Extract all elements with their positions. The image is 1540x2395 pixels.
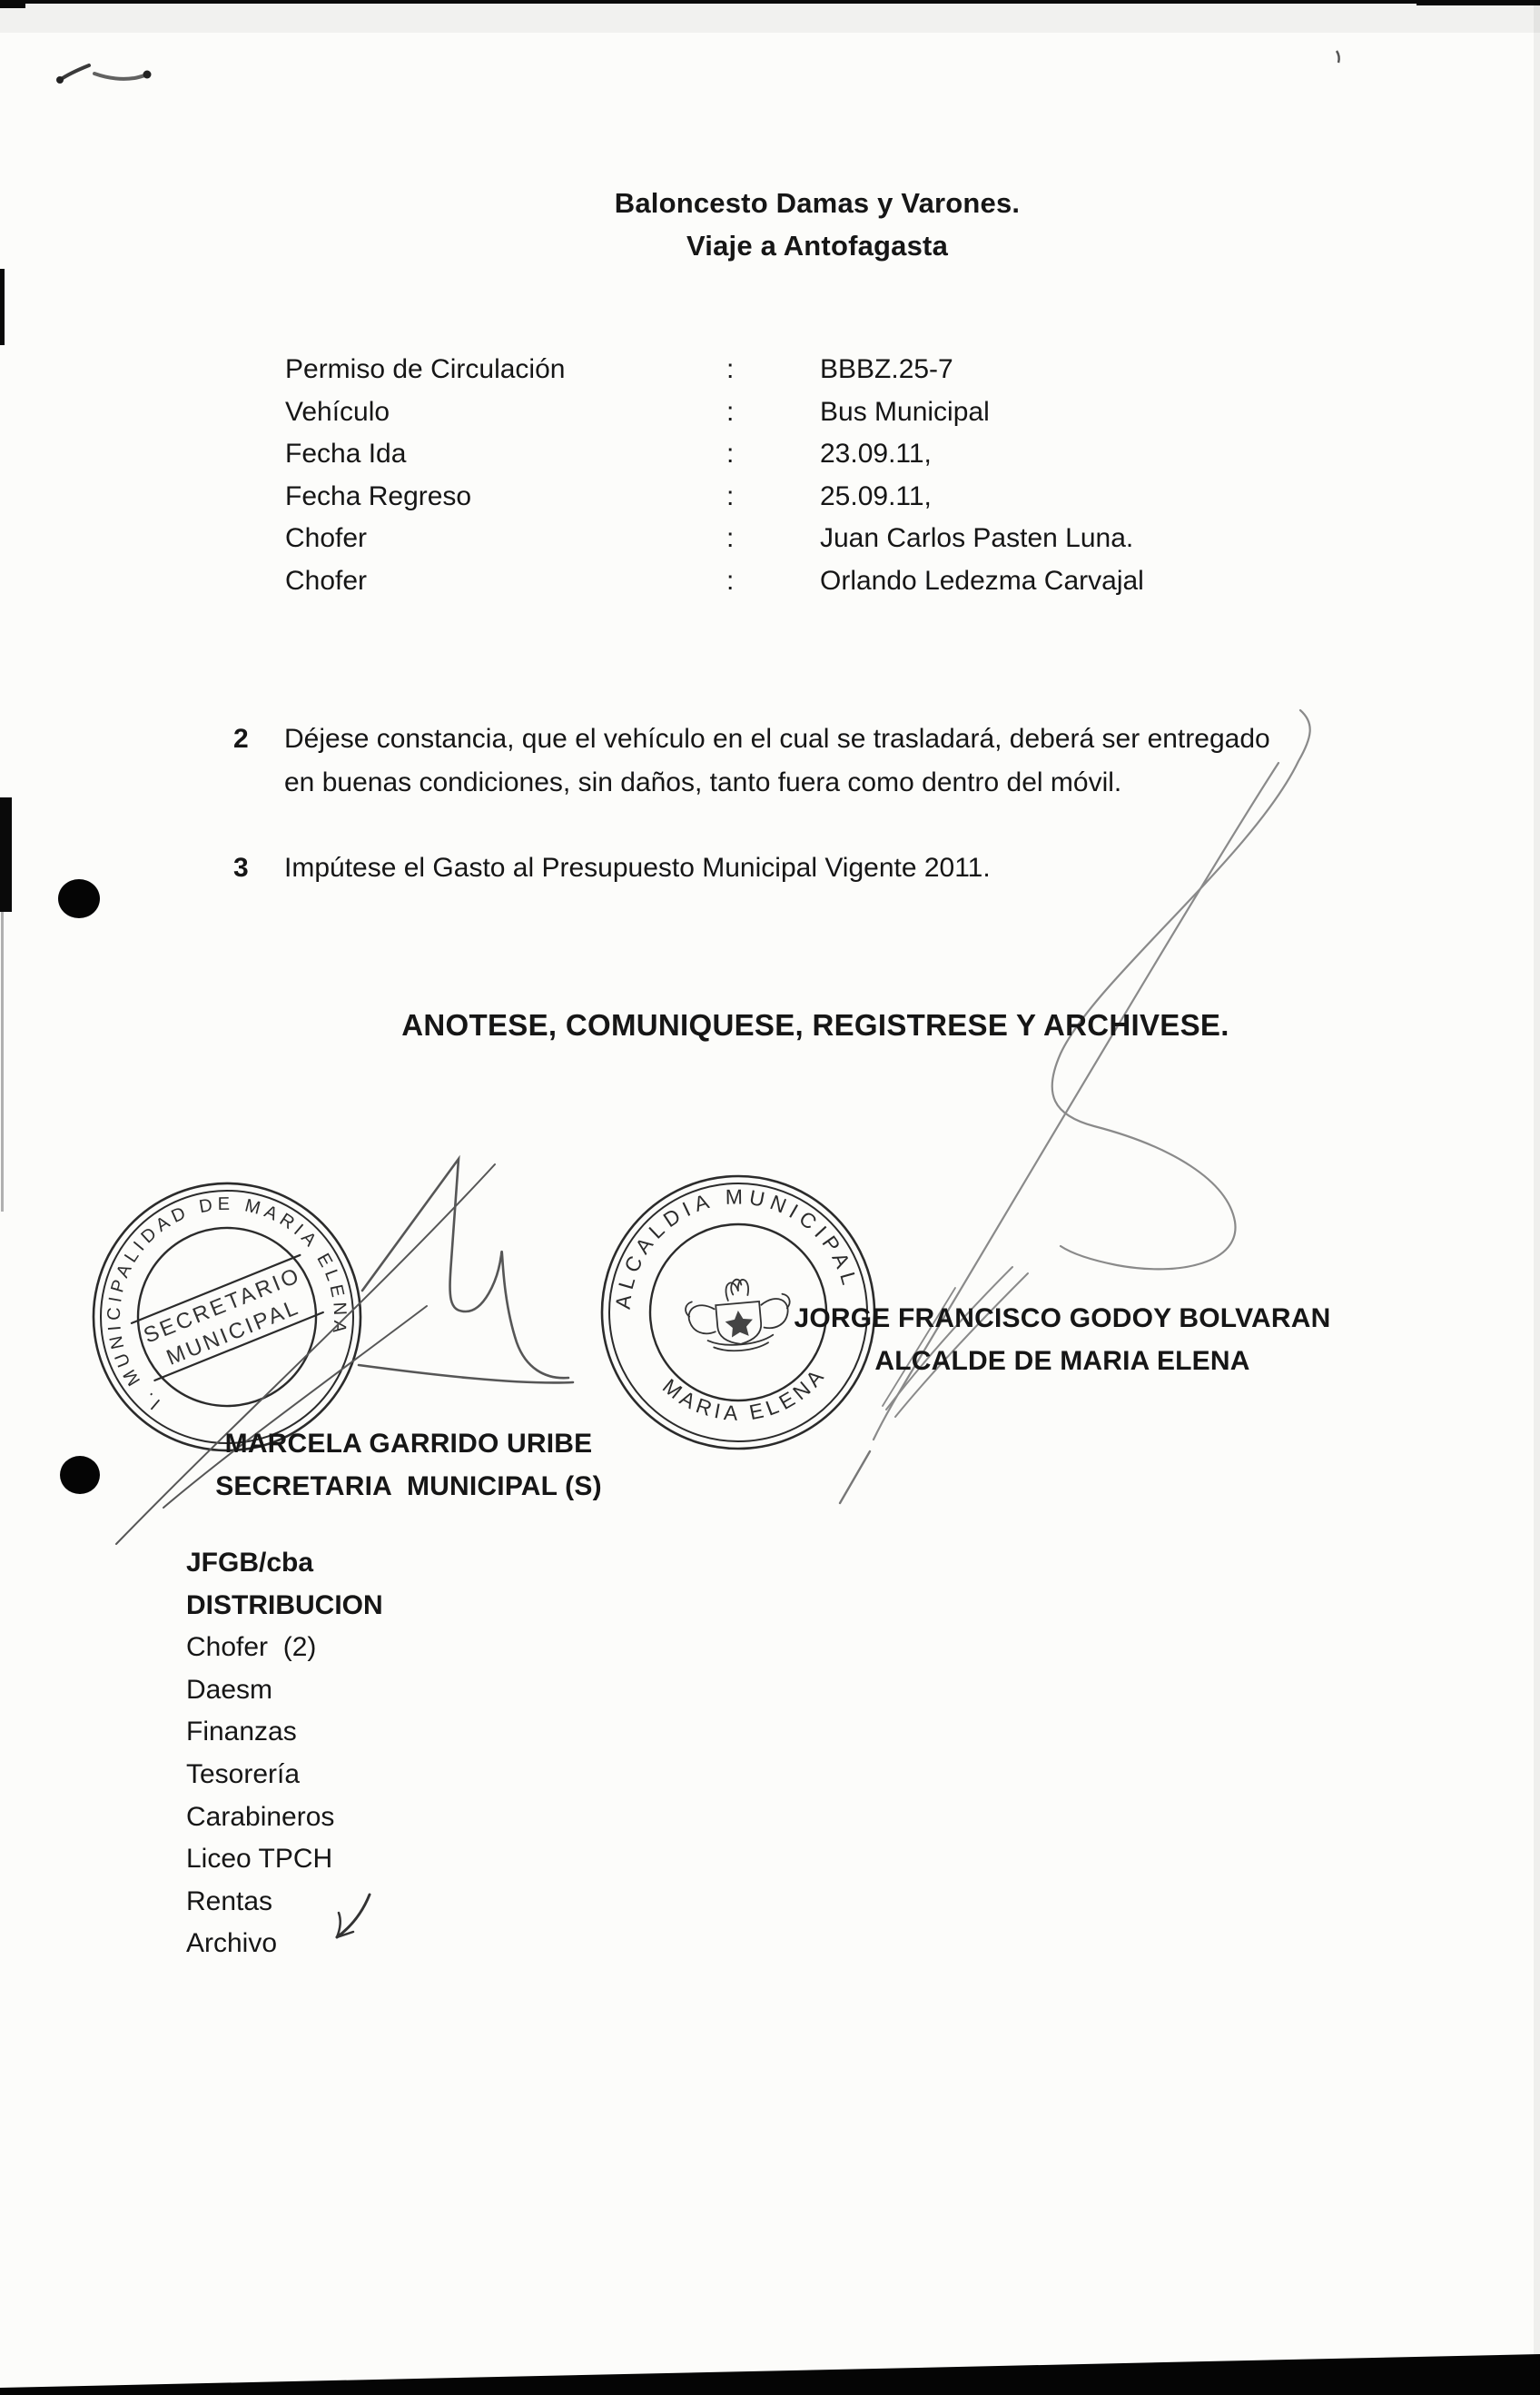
mayor-signature-block: JORGE FRANCISCO GODOY BOLVARAN ALCALDE D… [772, 1297, 1353, 1382]
detail-value: 25.09.11, [820, 476, 1284, 519]
detail-value: Bus Municipal [820, 391, 1284, 434]
numbered-item-2: 2 Déjese constancia, que el vehículo en … [284, 718, 1428, 804]
distribution-heading: DISTRIBUCION [186, 1585, 731, 1628]
detail-label: Fecha Ida [285, 433, 726, 476]
item-2-line-1: Déjese constancia, que el vehículo en el… [284, 718, 1428, 761]
list-item: Finanzas [186, 1711, 731, 1754]
detail-label: Vehículo [285, 391, 726, 434]
numbered-item-3: 3 Impútese el Gasto al Presupuesto Munic… [284, 846, 1428, 890]
detail-colon: : [726, 560, 820, 603]
table-row: Fecha Ida : 23.09.11, [285, 433, 1284, 476]
detail-colon: : [726, 433, 820, 476]
item-2-line-2: en buenas condiciones, sin daños, tanto … [284, 761, 1428, 805]
table-row: Chofer : Juan Carlos Pasten Luna. [285, 518, 1284, 560]
mayor-signature [840, 710, 1310, 1503]
detail-label: Permiso de Circulación [285, 349, 726, 391]
trip-details-table: Permiso de Circulación : BBBZ.25-7 Vehíc… [285, 349, 1284, 602]
table-row: Permiso de Circulación : BBBZ.25-7 [285, 349, 1284, 391]
detail-label: Chofer [285, 518, 726, 560]
list-item: Archivo [186, 1923, 731, 1965]
list-item: Daesm [186, 1669, 731, 1712]
scan-speck [1337, 51, 1339, 63]
item-number: 3 [233, 846, 249, 890]
scanned-document-page: I. MUNICIPALIDAD DE MARIA ELENA SECRETAR… [0, 0, 1540, 2395]
list-item: Rentas [186, 1881, 731, 1924]
list-item: Liceo TPCH [186, 1838, 731, 1881]
scan-bottom-wedge [0, 2354, 1540, 2395]
mayor-title: ALCALDE DE MARIA ELENA [772, 1340, 1353, 1382]
list-item: Chofer (2) [186, 1627, 731, 1669]
secretary-title: SECRETARIA MUNICIPAL (S) [154, 1465, 663, 1508]
detail-colon: : [726, 518, 820, 560]
title-line-2: Viaje a Antofagasta [409, 224, 1226, 267]
detail-colon: : [726, 349, 820, 391]
detail-value: Juan Carlos Pasten Luna. [820, 518, 1284, 560]
secretary-signature-block: MARCELA GARRIDO URIBE SECRETARIA MUNICIP… [154, 1422, 663, 1508]
closing-formula: ANOTESE, COMUNIQUESE, REGISTRESE Y ARCHI… [316, 1008, 1315, 1043]
mayor-name: JORGE FRANCISCO GODOY BOLVARAN [772, 1297, 1353, 1340]
pen-squiggle-top-left [56, 65, 152, 84]
table-row: Fecha Regreso : 25.09.11, [285, 476, 1284, 519]
detail-value: 23.09.11, [820, 433, 1284, 476]
table-row: Vehículo : Bus Municipal [285, 391, 1284, 434]
document-title: Baloncesto Damas y Varones. Viaje a Anto… [409, 182, 1226, 267]
detail-label: Chofer [285, 560, 726, 603]
list-item: Carabineros [186, 1796, 731, 1839]
item-3-line-1: Impútese el Gasto al Presupuesto Municip… [284, 846, 1428, 890]
detail-label: Fecha Regreso [285, 476, 726, 519]
initials: JFGB/cba [186, 1542, 731, 1585]
detail-colon: : [726, 391, 820, 434]
secretary-name: MARCELA GARRIDO URIBE [154, 1422, 663, 1465]
item-number: 2 [233, 718, 249, 761]
detail-value: Orlando Ledezma Carvajal [820, 560, 1284, 603]
detail-colon: : [726, 476, 820, 519]
distribution-block: JFGB/cba DISTRIBUCION Chofer (2) Daesm F… [186, 1542, 731, 1965]
title-line-1: Baloncesto Damas y Varones. [409, 182, 1226, 224]
detail-value: BBBZ.25-7 [820, 349, 1284, 391]
table-row: Chofer : Orlando Ledezma Carvajal [285, 560, 1284, 603]
list-item: Tesorería [186, 1754, 731, 1796]
